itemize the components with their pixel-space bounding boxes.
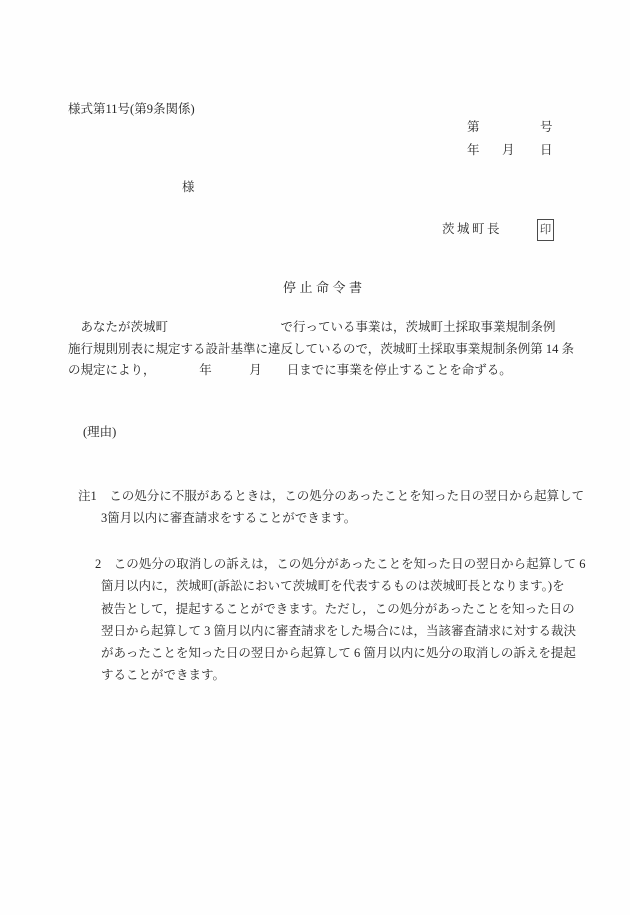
- order-body-line: あなたが茨城町 で行っている事業は，茨城町土採取事業規制条例: [68, 317, 608, 339]
- addressee-honorific: 様: [182, 181, 195, 194]
- note-2-line: 2 この処分の取消しの訴えは，この処分があったことを知った日の翌日から起算して …: [101, 553, 611, 575]
- note-2-line: があったことを知った日の翌日から起算して 6 箇月以内に処分の取消しの訴えを提起: [101, 642, 611, 664]
- reason-section-label: (理由): [83, 426, 116, 439]
- order-body-paragraph: あなたが茨城町 で行っている事業は，茨城町土採取事業規制条例 施行規則別表に規定…: [68, 317, 608, 382]
- issuer-title: 茨城町長: [442, 223, 502, 236]
- note-2-line: 翌日から起算して 3 箇月以内に審査請求をした場合には，当該審査請求に対する裁決: [101, 620, 611, 642]
- note-1-paragraph: 注1 この処分に不服があるときは，この処分のあったことを知った日の翌日から起算し…: [101, 485, 611, 530]
- date-day-label: 日: [540, 144, 553, 157]
- order-body-line: 施行規則別表に規定する設計基準に違反しているので，茨城町土採取事業規制条例第 1…: [68, 339, 608, 361]
- document-number-suffix: 号: [540, 121, 553, 134]
- document-title: 停止命令書: [283, 281, 366, 294]
- note-1-line: 3箇月以内に審査請求をすることができます。: [101, 507, 611, 529]
- order-body-line: の規定により， 年 月 日までに事業を停止することを命ずる。: [68, 360, 608, 382]
- seal-label: 印: [540, 224, 552, 236]
- date-month-label: 月: [502, 144, 515, 157]
- seal-placeholder-box: 印: [537, 219, 554, 241]
- document-number-prefix: 第: [467, 121, 480, 134]
- note-1-line: 注1 この処分に不服があるときは，この処分のあったことを知った日の翌日から起算し…: [101, 485, 611, 507]
- note-2-line: 被告として，提起することができます。ただし，この処分があったことを知った日の: [101, 598, 611, 620]
- note-2-line: することができます。: [101, 664, 611, 686]
- date-year-label: 年: [467, 144, 480, 157]
- note-2-paragraph: 2 この処分の取消しの訴えは，この処分があったことを知った日の翌日から起算して …: [101, 553, 611, 687]
- stop-order-document-page: 様式第11号(第9条関係) 第 号 年 月 日 様 茨城町長 印 停止命令書 あ…: [0, 0, 630, 915]
- form-number-label: 様式第11号(第9条関係): [68, 103, 195, 116]
- note-2-line: 箇月以内に，茨城町(訴訟において茨城町を代表するものは茨城町長となります。)を: [101, 575, 611, 597]
